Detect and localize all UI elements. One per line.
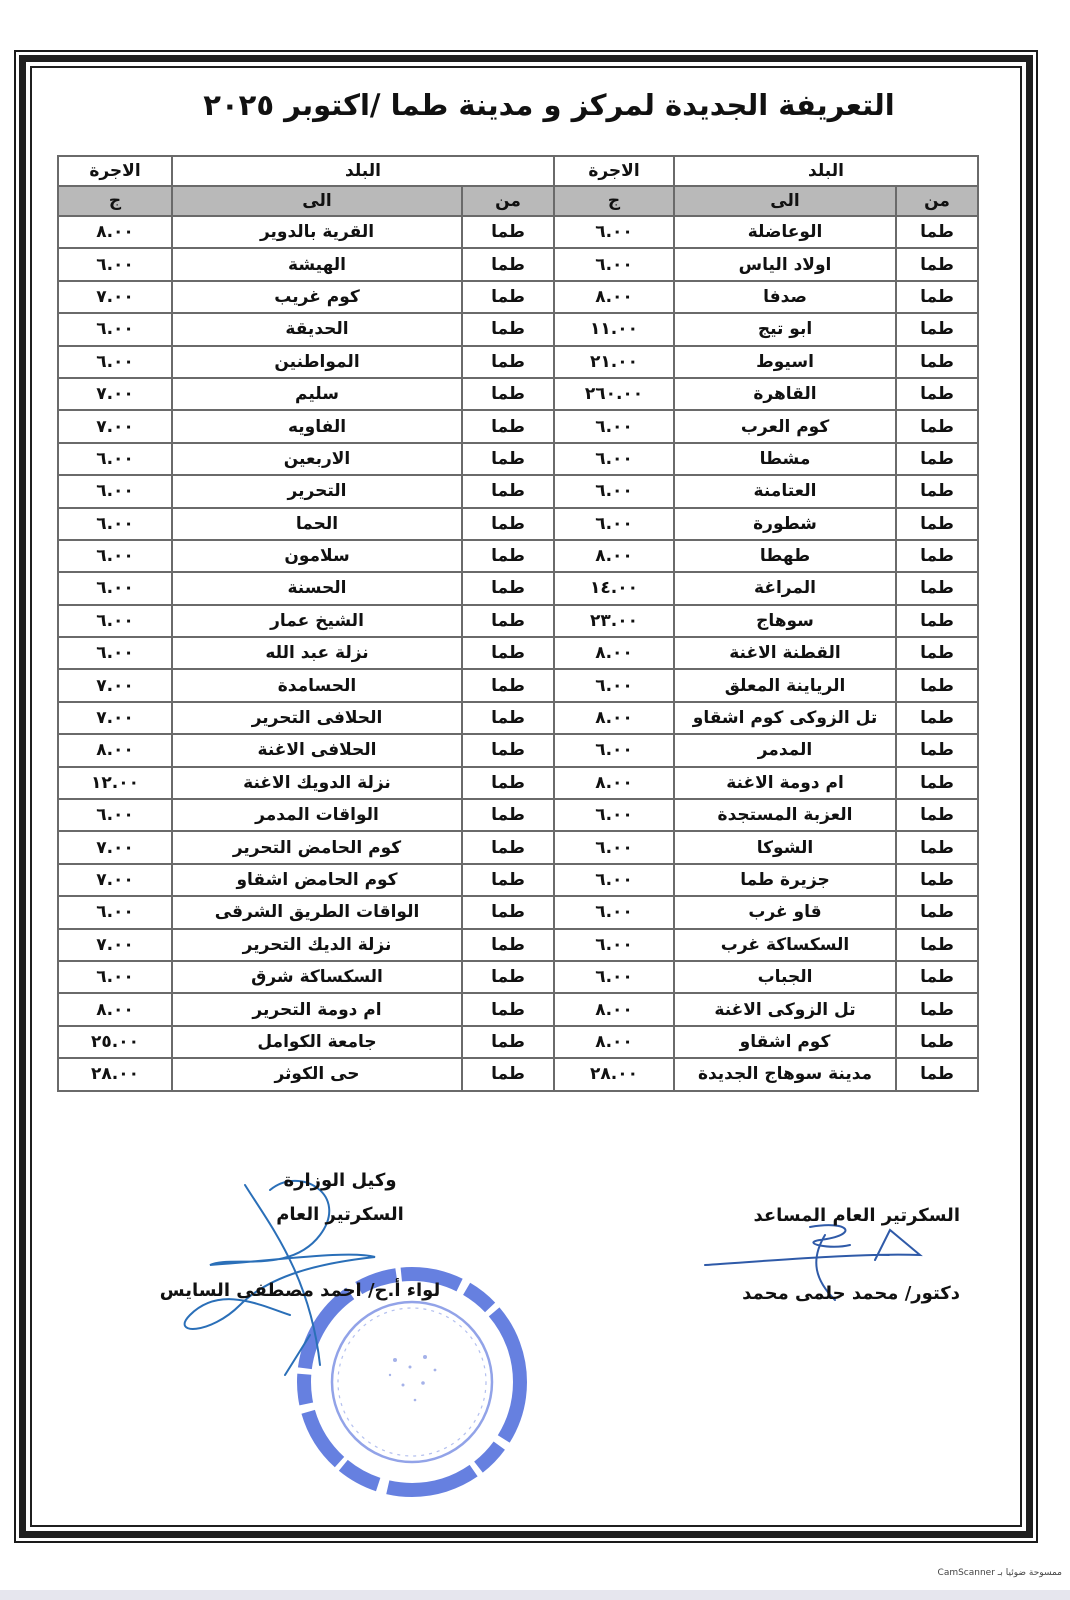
fare-table-right: البلد الاجرة من الى ج طماالوعاضلة٦.٠٠طما… — [553, 155, 979, 1092]
cell-to: التحرير — [172, 475, 462, 507]
table-row: طماالواقات المدمر٦.٠٠ — [58, 799, 554, 831]
table-row: طماالحما٦.٠٠ — [58, 508, 554, 540]
cell-fare: ٦.٠٠ — [554, 831, 674, 863]
cell-from: طما — [896, 669, 978, 701]
cell-from: طما — [896, 346, 978, 378]
cell-to: كوم الحامض التحرير — [172, 831, 462, 863]
table-row: طماجزيرة طما٦.٠٠ — [554, 864, 978, 896]
cell-from: طما — [462, 702, 554, 734]
cell-from: طما — [896, 572, 978, 604]
cell-to: الحما — [172, 508, 462, 540]
header-to: الى — [674, 186, 896, 216]
cell-to: حى الكوثر — [172, 1058, 462, 1090]
table-row: طماسوهاج٢٣.٠٠ — [554, 605, 978, 637]
cell-to: الحسنة — [172, 572, 462, 604]
table-row: طماالوعاضلة٦.٠٠ — [554, 216, 978, 248]
cell-fare: ٨.٠٠ — [554, 637, 674, 669]
cell-from: طما — [896, 248, 978, 280]
cell-fare: ٦.٠٠ — [554, 896, 674, 928]
cell-to: القاهرة — [674, 378, 896, 410]
header-place-group: البلد — [674, 156, 978, 186]
cell-from: طما — [462, 1026, 554, 1058]
cell-fare: ١١.٠٠ — [554, 313, 674, 345]
table-row: طمااسيوط٢١.٠٠ — [554, 346, 978, 378]
cell-fare: ١٢.٠٠ — [58, 767, 172, 799]
cell-from: طما — [896, 1058, 978, 1090]
cell-fare: ٨.٠٠ — [554, 702, 674, 734]
signature-left-title-2: السكرتير العام — [240, 1204, 440, 1225]
table-row: طماكوم العرب٦.٠٠ — [554, 410, 978, 442]
cell-fare: ٢١.٠٠ — [554, 346, 674, 378]
table-row: طماتل الزوكى الاغنة٨.٠٠ — [554, 993, 978, 1025]
cell-fare: ٨.٠٠ — [554, 767, 674, 799]
cell-to: الفاويه — [172, 410, 462, 442]
camscanner-watermark: ممسوحة ضوئيا بـ CamScanner — [938, 1568, 1062, 1578]
cell-fare: ٦.٠٠ — [554, 799, 674, 831]
cell-to: المدمر — [674, 734, 896, 766]
cell-to: سليم — [172, 378, 462, 410]
table-row: طماالفاويه٧.٠٠ — [58, 410, 554, 442]
cell-to: سلامون — [172, 540, 462, 572]
cell-fare: ٦.٠٠ — [58, 313, 172, 345]
cell-to: كوم اشقاو — [674, 1026, 896, 1058]
table-row: طماام دومة الاغنة٨.٠٠ — [554, 767, 978, 799]
document-title: التعريفة الجديدة لمركز و مدينة طما /اكتو… — [0, 88, 1070, 122]
cell-from: طما — [462, 313, 554, 345]
cell-from: طما — [462, 799, 554, 831]
table-row: طمامشطا٦.٠٠ — [554, 443, 978, 475]
cell-fare: ٨.٠٠ — [554, 1026, 674, 1058]
cell-to: الحلافى التحرير — [172, 702, 462, 734]
cell-to: كوم الحامض اشقاو — [172, 864, 462, 896]
cell-fare: ٦.٠٠ — [554, 410, 674, 442]
cell-fare: ٨.٠٠ — [58, 216, 172, 248]
cell-fare: ٢٨.٠٠ — [554, 1058, 674, 1090]
cell-from: طما — [462, 637, 554, 669]
cell-from: طما — [462, 572, 554, 604]
cell-to: اسيوط — [674, 346, 896, 378]
table-row: طمااولاد الياس٦.٠٠ — [554, 248, 978, 280]
cell-fare: ٦.٠٠ — [554, 961, 674, 993]
table-row: طماالسكساكة شرق٦.٠٠ — [58, 961, 554, 993]
cell-from: طما — [462, 475, 554, 507]
cell-fare: ٦.٠٠ — [58, 346, 172, 378]
cell-to: نزلة عبد الله — [172, 637, 462, 669]
table-row: طماالقرية بالدوير٨.٠٠ — [58, 216, 554, 248]
cell-fare: ٧.٠٠ — [58, 702, 172, 734]
cell-from: طما — [896, 799, 978, 831]
cell-fare: ٢٥.٠٠ — [58, 1026, 172, 1058]
table-row: طماالواقات الطريق الشرقى٦.٠٠ — [58, 896, 554, 928]
cell-fare: ٦.٠٠ — [554, 864, 674, 896]
cell-to: مشطا — [674, 443, 896, 475]
cell-to: قاو غرب — [674, 896, 896, 928]
cell-to: صدفا — [674, 281, 896, 313]
table-row: طماكوم الحامض التحرير٧.٠٠ — [58, 831, 554, 863]
cell-from: طما — [462, 864, 554, 896]
cell-fare: ٦.٠٠ — [58, 443, 172, 475]
cell-fare: ٨.٠٠ — [58, 993, 172, 1025]
cell-from: طما — [462, 281, 554, 313]
cell-from: طما — [896, 443, 978, 475]
cell-to: السكساكة شرق — [172, 961, 462, 993]
cell-to: المراغة — [674, 572, 896, 604]
signature-left-title-1: وكيل الوزارة — [240, 1170, 440, 1191]
cell-from: طما — [462, 605, 554, 637]
cell-from: طما — [896, 702, 978, 734]
bottom-bar — [0, 1590, 1070, 1600]
cell-fare: ٧.٠٠ — [58, 864, 172, 896]
cell-to: كوم العرب — [674, 410, 896, 442]
cell-from: طما — [896, 378, 978, 410]
cell-to: القرية بالدوير — [172, 216, 462, 248]
cell-from: طما — [896, 961, 978, 993]
cell-fare: ٦.٠٠ — [58, 475, 172, 507]
cell-from: طما — [896, 929, 978, 961]
table-row: طماسليم٧.٠٠ — [58, 378, 554, 410]
cell-to: العزبة المستجدة — [674, 799, 896, 831]
table-row: طماالمراغة١٤.٠٠ — [554, 572, 978, 604]
table-row: طماسلامون٦.٠٠ — [58, 540, 554, 572]
cell-to: نزلة الديك التحرير — [172, 929, 462, 961]
table-row: طماجامعة الكوامل٢٥.٠٠ — [58, 1026, 554, 1058]
cell-from: طما — [896, 475, 978, 507]
cell-from: طما — [462, 831, 554, 863]
cell-from: طما — [462, 216, 554, 248]
table-row: طماابو تيج١١.٠٠ — [554, 313, 978, 345]
table-row: طماشطورة٦.٠٠ — [554, 508, 978, 540]
table-row: طمانزلة الدويك الاغنة١٢.٠٠ — [58, 767, 554, 799]
cell-from: طما — [896, 1026, 978, 1058]
cell-from: طما — [462, 410, 554, 442]
cell-fare: ٦.٠٠ — [58, 637, 172, 669]
cell-to: العتامنة — [674, 475, 896, 507]
cell-to: مدينة سوهاج الجديدة — [674, 1058, 896, 1090]
document-title-text: التعريفة الجديدة لمركز و مدينة طما /اكتو… — [203, 88, 894, 122]
table-row: طماالقاهرة٢٦٠.٠٠ — [554, 378, 978, 410]
table-row: طماالسكساكة غرب٦.٠٠ — [554, 929, 978, 961]
table-row: طماالحلافى التحرير٧.٠٠ — [58, 702, 554, 734]
table-row: طمانزلة عبد الله٦.٠٠ — [58, 637, 554, 669]
cell-fare: ٦.٠٠ — [554, 929, 674, 961]
cell-to: نزلة الدويك الاغنة — [172, 767, 462, 799]
cell-fare: ٦.٠٠ — [58, 896, 172, 928]
fare-table-right-body: طماالوعاضلة٦.٠٠طمااولاد الياس٦.٠٠طماصدفا… — [554, 216, 978, 1091]
header-place-group: البلد — [172, 156, 554, 186]
cell-from: طما — [896, 508, 978, 540]
cell-to: الجباب — [674, 961, 896, 993]
cell-fare: ٦.٠٠ — [554, 669, 674, 701]
cell-from: طما — [462, 248, 554, 280]
cell-fare: ٦.٠٠ — [554, 475, 674, 507]
fare-table-left: البلد الاجرة من الى ج طماالقرية بالدوير٨… — [57, 155, 555, 1092]
cell-to: كوم غريب — [172, 281, 462, 313]
table-row: طماالحسنة٦.٠٠ — [58, 572, 554, 604]
cell-from: طما — [462, 443, 554, 475]
signature-left-name: لواء أ.ح/ احمد مصطفى السايس — [150, 1280, 450, 1301]
cell-to: الحديقة — [172, 313, 462, 345]
table-row: طماالجباب٦.٠٠ — [554, 961, 978, 993]
cell-to: شطورة — [674, 508, 896, 540]
cell-from: طما — [462, 346, 554, 378]
cell-from: طما — [896, 216, 978, 248]
table-row: طماالاربعين٦.٠٠ — [58, 443, 554, 475]
cell-from: طما — [896, 767, 978, 799]
cell-from: طما — [462, 961, 554, 993]
cell-fare: ٧.٠٠ — [58, 410, 172, 442]
cell-from: طما — [462, 669, 554, 701]
table-row: طماالعتامنة٦.٠٠ — [554, 475, 978, 507]
cell-fare: ٧.٠٠ — [58, 378, 172, 410]
cell-to: تل الزوكى الاغنة — [674, 993, 896, 1025]
table-row: طماام دومة التحرير٨.٠٠ — [58, 993, 554, 1025]
cell-to: اولاد الياس — [674, 248, 896, 280]
cell-fare: ٧.٠٠ — [58, 669, 172, 701]
cell-to: طهطا — [674, 540, 896, 572]
cell-from: طما — [462, 929, 554, 961]
fare-table-left-body: طماالقرية بالدوير٨.٠٠طماالهيشة٦.٠٠طماكوم… — [58, 216, 554, 1091]
table-row: طماالهيشة٦.٠٠ — [58, 248, 554, 280]
cell-fare: ٨.٠٠ — [554, 281, 674, 313]
cell-fare: ٦.٠٠ — [58, 248, 172, 280]
table-row: طمامدينة سوهاج الجديدة٢٨.٠٠ — [554, 1058, 978, 1090]
cell-to: تل الزوكى كوم اشقاو — [674, 702, 896, 734]
cell-fare: ١٤.٠٠ — [554, 572, 674, 604]
cell-from: طما — [462, 993, 554, 1025]
cell-fare: ٦.٠٠ — [58, 605, 172, 637]
cell-to: الشوكا — [674, 831, 896, 863]
table-row: طماالشوكا٦.٠٠ — [554, 831, 978, 863]
cell-fare: ٦.٠٠ — [554, 508, 674, 540]
cell-fare: ٨.٠٠ — [554, 540, 674, 572]
cell-from: طما — [896, 410, 978, 442]
table-row: طمانزلة الديك التحرير٧.٠٠ — [58, 929, 554, 961]
cell-fare: ٨.٠٠ — [58, 734, 172, 766]
cell-to: جامعة الكوامل — [172, 1026, 462, 1058]
cell-from: طما — [896, 605, 978, 637]
header-to: الى — [172, 186, 462, 216]
table-row: طماقاو غرب٦.٠٠ — [554, 896, 978, 928]
signature-right-title: السكرتير العام المساعد — [753, 1205, 960, 1226]
signature-right-name: دكتور/ محمد حلمى محمد — [742, 1283, 960, 1304]
cell-from: طما — [896, 540, 978, 572]
cell-from: طما — [462, 767, 554, 799]
cell-from: طما — [462, 378, 554, 410]
table-row: طماصدفا٨.٠٠ — [554, 281, 978, 313]
table-row: طماتل الزوكى كوم اشقاو٨.٠٠ — [554, 702, 978, 734]
cell-from: طما — [462, 896, 554, 928]
cell-fare: ٢٨.٠٠ — [58, 1058, 172, 1090]
cell-to: ابو تيج — [674, 313, 896, 345]
cell-fare: ٨.٠٠ — [554, 993, 674, 1025]
table-row: طماكوم الحامض اشقاو٧.٠٠ — [58, 864, 554, 896]
table-row: طماالمدمر٦.٠٠ — [554, 734, 978, 766]
header-fare-group: الاجرة — [58, 156, 172, 186]
cell-to: الوعاضلة — [674, 216, 896, 248]
cell-from: طما — [896, 281, 978, 313]
cell-to: ام دومة التحرير — [172, 993, 462, 1025]
cell-to: جزيرة طما — [674, 864, 896, 896]
cell-fare: ٦.٠٠ — [58, 799, 172, 831]
cell-fare: ٧.٠٠ — [58, 281, 172, 313]
cell-to: سوهاج — [674, 605, 896, 637]
cell-to: الرياينة المعلق — [674, 669, 896, 701]
header-currency: ج — [58, 186, 172, 216]
cell-fare: ٦.٠٠ — [554, 734, 674, 766]
cell-fare: ٦.٠٠ — [554, 216, 674, 248]
cell-to: السكساكة غرب — [674, 929, 896, 961]
cell-fare: ٦.٠٠ — [554, 248, 674, 280]
cell-fare: ٦.٠٠ — [58, 961, 172, 993]
cell-to: الواقات الطريق الشرقى — [172, 896, 462, 928]
cell-from: طما — [462, 508, 554, 540]
cell-from: طما — [896, 896, 978, 928]
table-row: طماكوم غريب٧.٠٠ — [58, 281, 554, 313]
header-from: من — [462, 186, 554, 216]
table-row: طماالعزبة المستجدة٦.٠٠ — [554, 799, 978, 831]
cell-fare: ٦.٠٠ — [58, 540, 172, 572]
cell-from: طما — [462, 540, 554, 572]
header-from: من — [896, 186, 978, 216]
cell-fare: ٧.٠٠ — [58, 929, 172, 961]
table-row: طماطهطا٨.٠٠ — [554, 540, 978, 572]
cell-to: المواطنين — [172, 346, 462, 378]
cell-from: طما — [896, 993, 978, 1025]
table-row: طماالحلافى الاغنة٨.٠٠ — [58, 734, 554, 766]
cell-from: طما — [896, 313, 978, 345]
header-fare-group: الاجرة — [554, 156, 674, 186]
table-row: طماالمواطنين٦.٠٠ — [58, 346, 554, 378]
cell-to: الشيخ عمار — [172, 605, 462, 637]
table-row: طماالحديقة٦.٠٠ — [58, 313, 554, 345]
header-currency: ج — [554, 186, 674, 216]
table-row: طماالقطنة الاغنة٨.٠٠ — [554, 637, 978, 669]
cell-to: الواقات المدمر — [172, 799, 462, 831]
table-row: طماالشيخ عمار٦.٠٠ — [58, 605, 554, 637]
cell-to: الحسامدة — [172, 669, 462, 701]
cell-from: طما — [462, 1058, 554, 1090]
cell-from: طما — [462, 734, 554, 766]
cell-fare: ٢٦٠.٠٠ — [554, 378, 674, 410]
cell-to: الهيشة — [172, 248, 462, 280]
table-row: طماالرياينة المعلق٦.٠٠ — [554, 669, 978, 701]
cell-fare: ٦.٠٠ — [58, 572, 172, 604]
table-row: طماالحسامدة٧.٠٠ — [58, 669, 554, 701]
cell-fare: ٢٣.٠٠ — [554, 605, 674, 637]
cell-to: القطنة الاغنة — [674, 637, 896, 669]
cell-to: ام دومة الاغنة — [674, 767, 896, 799]
cell-to: الحلافى الاغنة — [172, 734, 462, 766]
cell-to: الاربعين — [172, 443, 462, 475]
cell-fare: ٧.٠٠ — [58, 831, 172, 863]
cell-fare: ٦.٠٠ — [58, 508, 172, 540]
cell-fare: ٦.٠٠ — [554, 443, 674, 475]
cell-from: طما — [896, 637, 978, 669]
cell-from: طما — [896, 831, 978, 863]
table-row: طماكوم اشقاو٨.٠٠ — [554, 1026, 978, 1058]
cell-from: طما — [896, 734, 978, 766]
table-row: طماالتحرير٦.٠٠ — [58, 475, 554, 507]
cell-from: طما — [896, 864, 978, 896]
table-row: طماحى الكوثر٢٨.٠٠ — [58, 1058, 554, 1090]
